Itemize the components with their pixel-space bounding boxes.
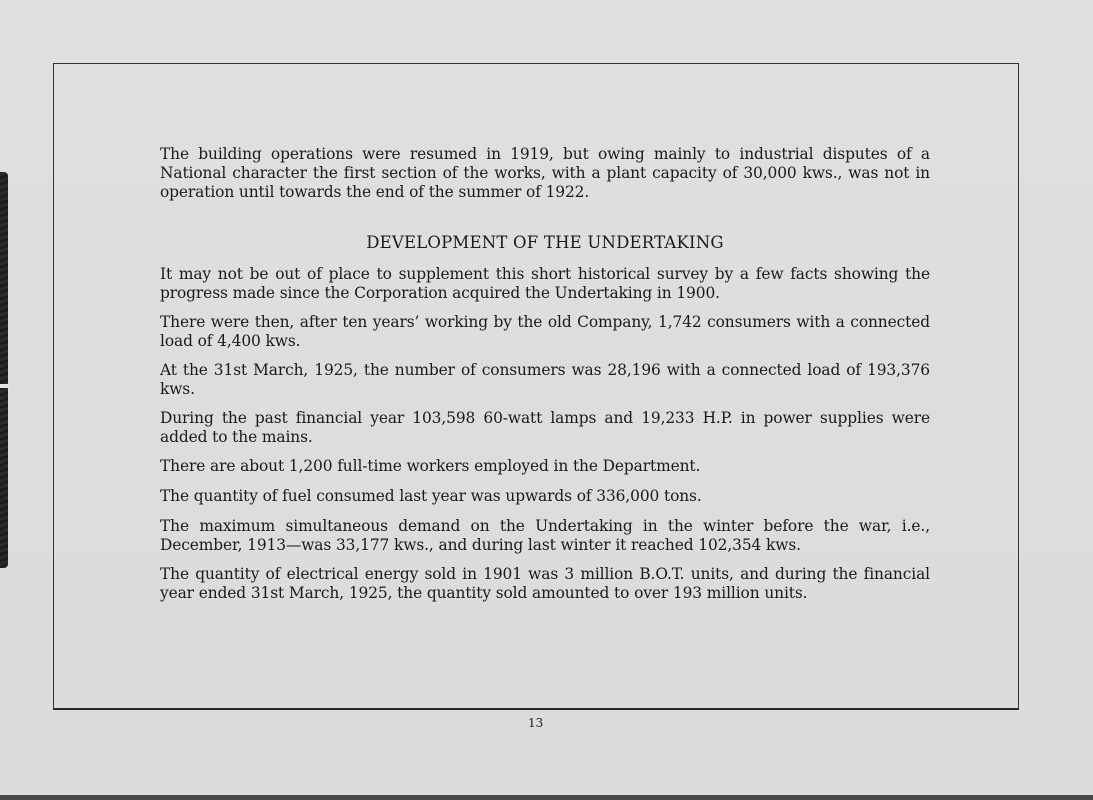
section-heading: DEVELOPMENT OF THE UNDERTAKING [160, 233, 930, 252]
paragraph-energy-sold: The quantity of electrical energy sold i… [160, 565, 930, 603]
paragraph-lamps-added: During the past financial year 103,598 6… [160, 409, 930, 447]
page-bottom-edge [0, 795, 1093, 800]
paragraph-survey: It may not be out of place to supplement… [160, 265, 930, 303]
page-number: 13 [528, 716, 543, 730]
intro-paragraph: The building operations were resumed in … [160, 145, 930, 202]
paragraph-fuel: The quantity of fuel consumed last year … [160, 487, 930, 506]
binding-gap [0, 384, 9, 388]
book-binding-edge [0, 172, 8, 568]
facts-section: It may not be out of place to supplement… [160, 265, 930, 613]
scanned-page: The building operations were resumed in … [0, 0, 1093, 795]
paragraph-initial-consumers: There were then, after ten years’ workin… [160, 313, 930, 351]
paragraph-workers: There are about 1,200 full-time workers … [160, 457, 930, 476]
paragraph-max-demand: The maximum simultaneous demand on the U… [160, 517, 930, 555]
intro-section: The building operations were resumed in … [160, 145, 930, 202]
paragraph-1925-consumers: At the 31st March, 1925, the number of c… [160, 361, 930, 399]
